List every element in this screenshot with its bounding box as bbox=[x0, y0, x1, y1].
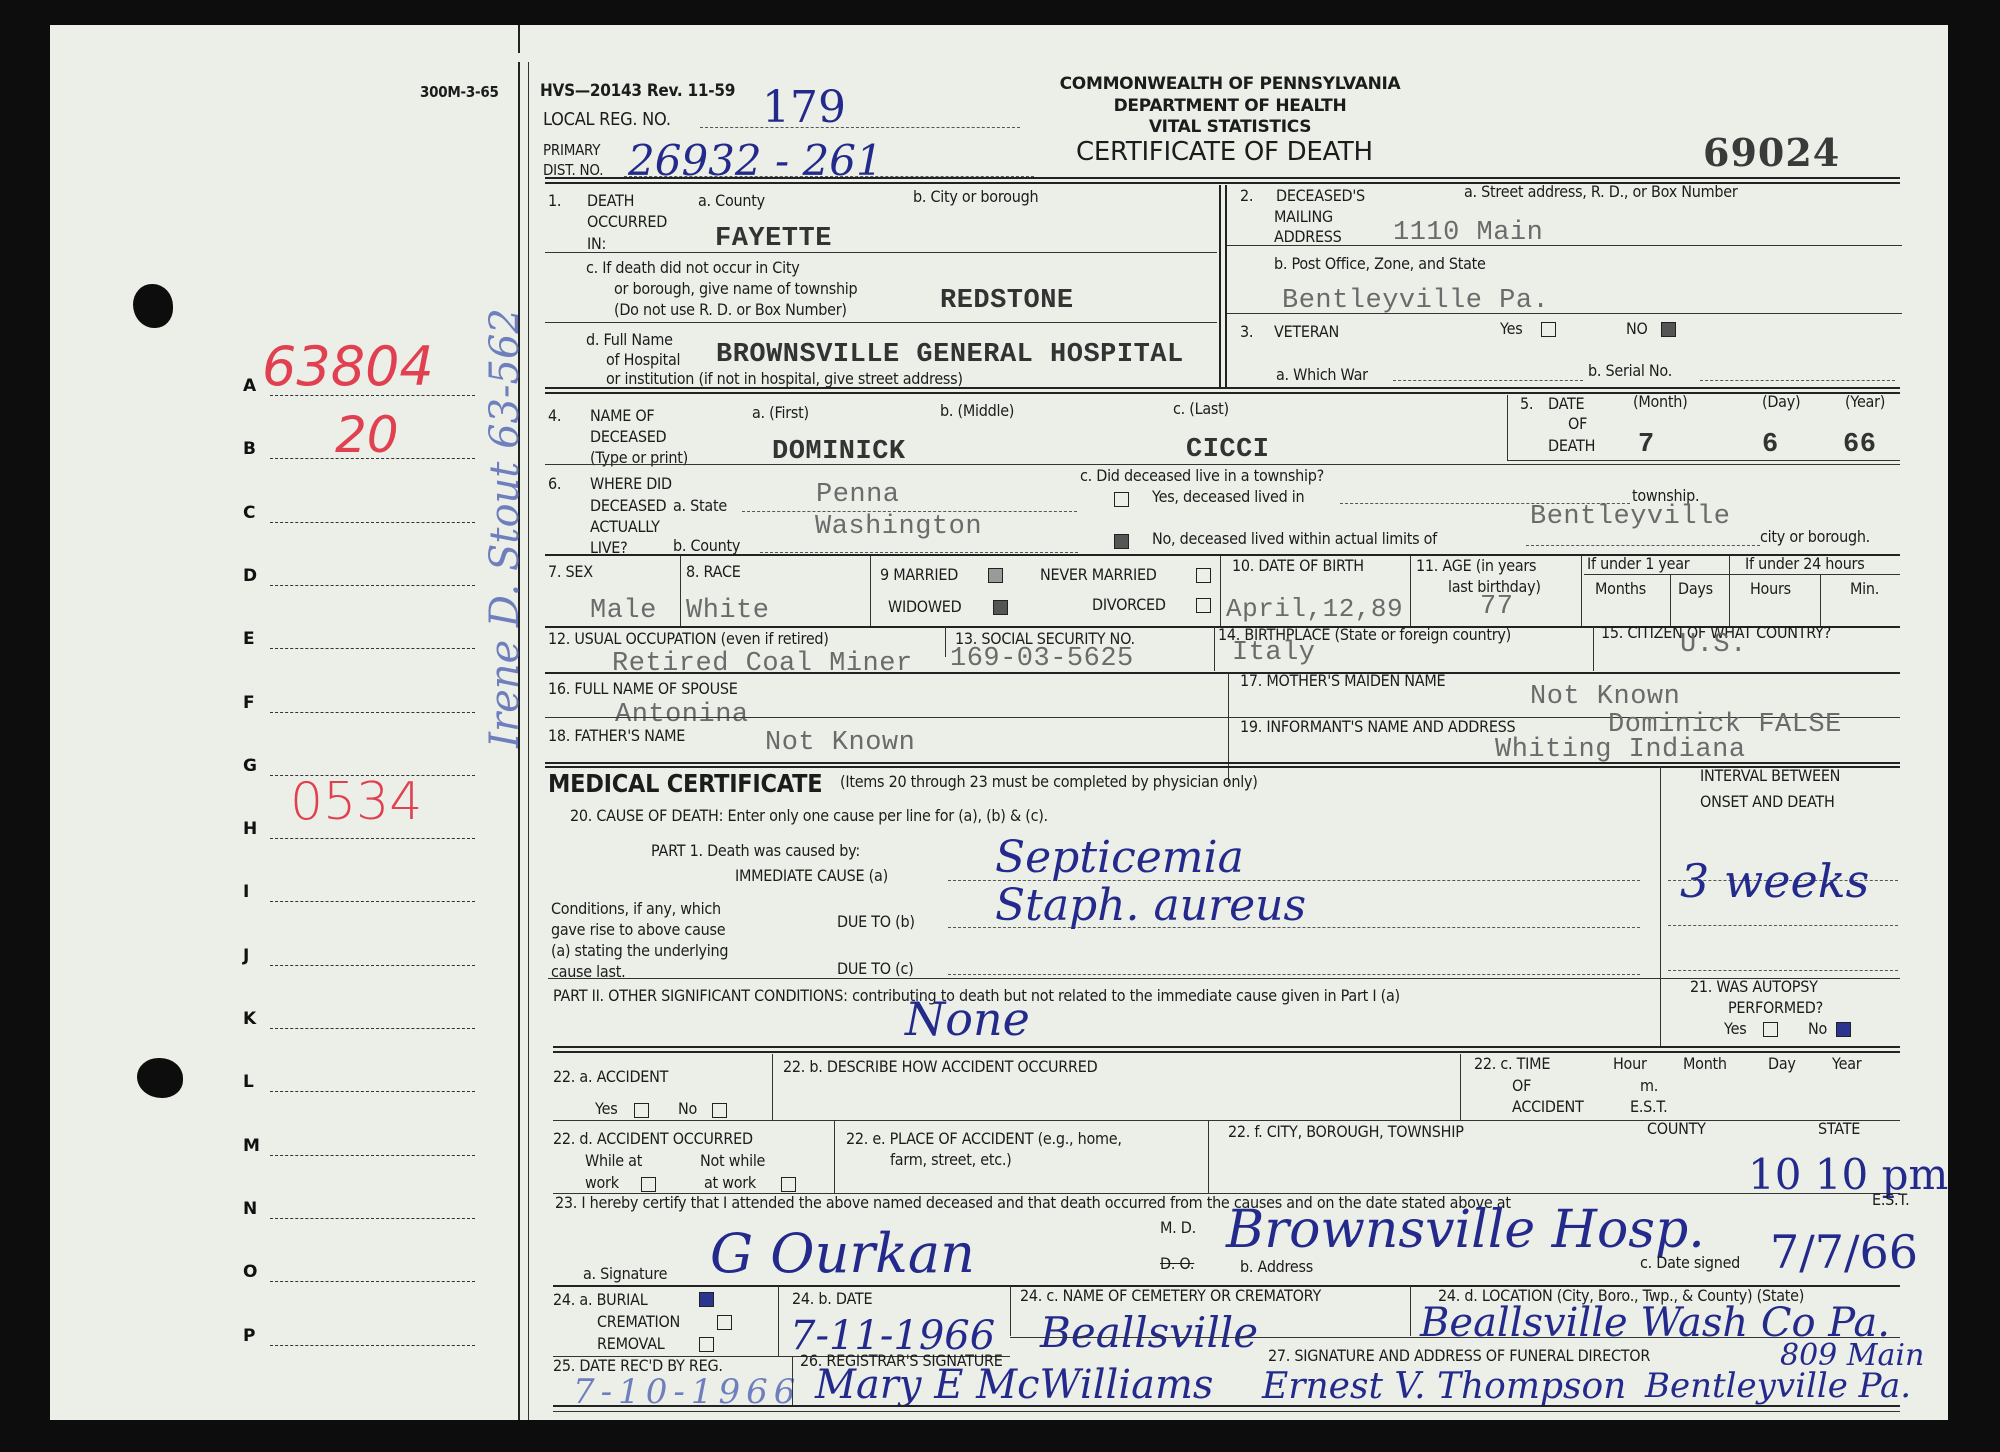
stub-letter-e: E bbox=[243, 629, 255, 649]
column-divider bbox=[1670, 575, 1671, 628]
veteran-no-label: NO bbox=[1626, 320, 1648, 338]
hospital-label: of Hospital bbox=[606, 351, 680, 369]
stub-line-f[interactable] bbox=[270, 712, 475, 713]
section-rule bbox=[553, 1051, 1900, 1053]
township-value: REDSTONE bbox=[940, 286, 1074, 316]
month-label: (Month) bbox=[1633, 393, 1687, 411]
burial-date-label: 24. b. DATE bbox=[792, 1290, 872, 1308]
hospital-value: BROWNSVILLE GENERAL HOSPITAL bbox=[716, 340, 1184, 370]
stub-letter-b: B bbox=[243, 439, 256, 459]
widowed-checkbox[interactable] bbox=[993, 600, 1008, 615]
stub-line-e[interactable] bbox=[270, 648, 475, 649]
part1-label: PART 1. Death was caused by: bbox=[651, 842, 860, 860]
agency-line-1: COMMONWEALTH OF PENNSYLVANIA bbox=[1040, 75, 1420, 95]
while-at-work-label: While at bbox=[585, 1152, 642, 1170]
column-divider bbox=[1581, 556, 1582, 628]
column-divider bbox=[945, 627, 946, 657]
while-at-work-label: work bbox=[585, 1174, 619, 1192]
citizen-value: U.S. bbox=[1680, 630, 1747, 660]
race-value: White bbox=[686, 596, 770, 626]
agency-line-2: DEPARTMENT OF HEALTH bbox=[1040, 97, 1420, 117]
section-rule bbox=[545, 392, 1900, 394]
item-number: 1. bbox=[548, 192, 561, 210]
item1-label: OCCURRED bbox=[587, 213, 667, 231]
stub-letter-d: D bbox=[243, 566, 257, 586]
serial-no-line bbox=[1700, 380, 1895, 381]
cemetery-value: Beallsville bbox=[1040, 1308, 1258, 1357]
informant-label: 19. INFORMANT'S NAME AND ADDRESS bbox=[1240, 718, 1515, 736]
stub-letter-f: F bbox=[243, 693, 255, 713]
row-rule bbox=[545, 672, 1900, 674]
accident-county-label: COUNTY bbox=[1647, 1120, 1706, 1138]
section-rule bbox=[545, 387, 1900, 389]
stub-line-c[interactable] bbox=[270, 522, 475, 523]
city-limits-label: No, deceased lived within actual limits … bbox=[1152, 530, 1437, 548]
conditions-label: Conditions, if any, which bbox=[551, 900, 721, 918]
cause-of-death-label: 20. CAUSE OF DEATH: Enter only one cause… bbox=[570, 807, 1048, 825]
column-divider bbox=[1208, 1121, 1209, 1193]
item4-label: DECEASED bbox=[590, 428, 666, 446]
local-reg-value: 179 bbox=[762, 82, 846, 133]
column-divider bbox=[1410, 1286, 1411, 1336]
column-divider bbox=[680, 556, 681, 628]
accident-day-label: Day bbox=[1768, 1055, 1796, 1073]
accident-hour-label: Hour bbox=[1613, 1055, 1647, 1073]
autopsy-no-checkbox[interactable] bbox=[1836, 1022, 1851, 1037]
never-married-checkbox[interactable] bbox=[1196, 568, 1211, 583]
row-rule bbox=[545, 322, 1217, 323]
row-rule bbox=[545, 766, 1900, 768]
sex-label: 7. SEX bbox=[548, 563, 593, 581]
column-divider bbox=[778, 1286, 779, 1356]
under-year-label: If under 1 year bbox=[1587, 555, 1689, 573]
residence-county-value: Washington bbox=[815, 512, 982, 542]
not-at-work-checkbox[interactable] bbox=[781, 1177, 796, 1192]
city-label: b. City or borough bbox=[913, 188, 1038, 206]
accident-year-label: Year bbox=[1832, 1055, 1861, 1073]
veteran-no-checkbox[interactable] bbox=[1661, 322, 1676, 337]
last-name-value: CICCI bbox=[1186, 435, 1270, 465]
column-divider bbox=[1820, 575, 1821, 628]
due-to-c-line bbox=[948, 974, 1640, 975]
item5-label: DATE bbox=[1548, 395, 1584, 413]
accident-city-label: 22. f. CITY, BOROUGH, TOWNSHIP bbox=[1228, 1123, 1464, 1141]
accident-time-label: ACCIDENT bbox=[1512, 1098, 1584, 1116]
stub-entry-h: 0534 bbox=[290, 772, 422, 832]
column-divider bbox=[1219, 185, 1221, 388]
mother-maiden-name-label: 17. MOTHER'S MAIDEN NAME bbox=[1240, 672, 1445, 690]
item6-label: ACTUALLY bbox=[590, 518, 660, 536]
autopsy-label: 21. WAS AUTOPSY bbox=[1690, 978, 1818, 996]
township-label: (Do not use R. D. or Box Number) bbox=[614, 301, 847, 319]
first-name-label: a. (First) bbox=[752, 404, 809, 422]
funeral-director-signature: Ernest V. Thompson bbox=[1262, 1366, 1626, 1407]
months-label: Months bbox=[1595, 580, 1646, 598]
row-rule bbox=[545, 554, 1900, 556]
header-rule bbox=[545, 177, 1900, 179]
column-divider bbox=[1225, 185, 1227, 388]
stub-entry-a: 63804 bbox=[262, 335, 434, 398]
row-rule bbox=[1010, 1337, 1900, 1338]
veteran-yes-label: Yes bbox=[1500, 320, 1522, 338]
row-rule bbox=[545, 252, 1217, 253]
registrar-signature: Mary E McWilliams bbox=[815, 1362, 1213, 1408]
part2-value: None bbox=[905, 992, 1030, 1046]
county-line bbox=[760, 552, 1078, 553]
accident-place-label: farm, street, etc.) bbox=[890, 1151, 1012, 1169]
stub-entry-b: 20 bbox=[335, 406, 399, 464]
date-signed-value: 7/7/66 bbox=[1770, 1225, 1918, 1279]
autopsy-label: PERFORMED? bbox=[1728, 999, 1823, 1017]
serial-no-label: b. Serial No. bbox=[1588, 362, 1672, 380]
stub-line-i[interactable] bbox=[270, 901, 475, 902]
not-at-work-label: at work bbox=[704, 1174, 756, 1192]
hospital-label: d. Full Name bbox=[586, 331, 673, 349]
row-rule bbox=[1227, 245, 1902, 246]
accident-describe-label: 22. b. DESCRIBE HOW ACCIDENT OCCURRED bbox=[783, 1058, 1097, 1076]
page-title: CERTIFICATE OF DEATH bbox=[1076, 138, 1373, 168]
under-day-label: If under 24 hours bbox=[1745, 555, 1864, 573]
stub-line-p[interactable] bbox=[270, 1345, 475, 1346]
divorced-label: DIVORCED bbox=[1092, 596, 1166, 614]
city-suffix: city or borough. bbox=[1760, 528, 1870, 546]
autopsy-yes-label: Yes bbox=[1724, 1020, 1746, 1038]
removal-checkbox[interactable] bbox=[699, 1337, 714, 1352]
stub-line-l[interactable] bbox=[270, 1091, 475, 1092]
township-question: c. Did deceased live in a township? bbox=[1080, 467, 1324, 485]
married-label: 9 MARRIED bbox=[880, 566, 958, 584]
days-label: Days bbox=[1678, 580, 1713, 598]
accident-no-label: No bbox=[678, 1100, 697, 1118]
column-divider bbox=[792, 1356, 793, 1406]
binding-hole-top bbox=[133, 284, 173, 328]
item-number: 4. bbox=[548, 407, 561, 425]
column-divider bbox=[834, 1121, 835, 1193]
township-no-checkbox[interactable] bbox=[1114, 534, 1129, 549]
certificate-serial-number: 69024 bbox=[1703, 130, 1840, 175]
binding-hole-bottom bbox=[137, 1058, 183, 1098]
signature-label: a. Signature bbox=[583, 1265, 667, 1283]
stub-form-code: 300M-3-65 bbox=[420, 84, 499, 101]
mother-maiden-name-value: Not Known bbox=[1530, 682, 1680, 712]
accident-place-label: 22. e. PLACE OF ACCIDENT (e.g., home, bbox=[846, 1130, 1122, 1148]
local-reg-line bbox=[700, 127, 1020, 128]
death-month-value: 7 bbox=[1638, 430, 1655, 460]
certification-est-label: E.S.T. bbox=[1872, 1191, 1909, 1209]
removal-label: REMOVAL bbox=[597, 1335, 665, 1353]
which-war-line bbox=[1393, 380, 1583, 381]
residence-county-label: b. County bbox=[673, 537, 740, 555]
last-name-label: c. (Last) bbox=[1173, 400, 1229, 418]
death-year-value: 66 bbox=[1843, 430, 1876, 460]
accident-state-label: STATE bbox=[1818, 1120, 1860, 1138]
interval-line bbox=[1668, 970, 1898, 971]
autopsy-yes-checkbox[interactable] bbox=[1763, 1022, 1778, 1037]
funeral-director-city: Bentleyville Pa. bbox=[1645, 1366, 1911, 1406]
due-to-b-label: DUE TO (b) bbox=[837, 913, 915, 931]
township-label: or borough, give name of township bbox=[614, 280, 857, 298]
stub-line-o[interactable] bbox=[270, 1281, 475, 1282]
interval-a-value: 3 weeks bbox=[1680, 854, 1869, 908]
primary-label-1: PRIMARY bbox=[543, 142, 600, 159]
accident-time-label: OF bbox=[1512, 1077, 1531, 1095]
accident-est-label: E.S.T. bbox=[1630, 1098, 1667, 1116]
column-divider bbox=[1460, 1054, 1461, 1120]
age-label: 11. AGE (in years bbox=[1416, 557, 1536, 575]
date-of-birth-label: 10. DATE OF BIRTH bbox=[1232, 557, 1364, 575]
interval-line bbox=[1668, 925, 1898, 926]
due-to-b-value: Staph. aureus bbox=[995, 880, 1306, 931]
form-id: HVS—20143 Rev. 11-59 bbox=[540, 82, 735, 102]
column-divider bbox=[1220, 556, 1221, 628]
stub-letter-k: K bbox=[243, 1009, 256, 1029]
date-of-birth-value: April,12,89 bbox=[1226, 594, 1403, 624]
item5-label: OF bbox=[1568, 415, 1587, 433]
row-rule bbox=[1507, 460, 1900, 461]
stub-vertical-note: Irene D. Stout 63-562 bbox=[482, 218, 528, 838]
local-reg-label: LOCAL REG. NO. bbox=[543, 110, 671, 131]
column-divider bbox=[1660, 766, 1661, 1046]
death-day-value: 6 bbox=[1762, 430, 1779, 460]
married-checkbox[interactable] bbox=[988, 568, 1003, 583]
county-value: FAYETTE bbox=[715, 224, 832, 254]
column-divider bbox=[1593, 627, 1594, 671]
stub-letter-l: L bbox=[243, 1072, 254, 1092]
stub-letter-c: C bbox=[243, 503, 255, 523]
county-label: a. County bbox=[698, 192, 765, 210]
column-divider bbox=[1507, 395, 1508, 460]
widowed-label: WIDOWED bbox=[888, 598, 961, 616]
never-married-label: NEVER MARRIED bbox=[1040, 566, 1157, 584]
cemetery-label: 24. c. NAME OF CEMETERY OR CREMATORY bbox=[1020, 1287, 1321, 1305]
accident-occurred-label: 22. d. ACCIDENT OCCURRED bbox=[553, 1130, 753, 1148]
medical-certificate-title: MEDICAL CERTIFICATE bbox=[548, 770, 822, 799]
bottom-rule bbox=[553, 1405, 1900, 1407]
burial-checkbox[interactable] bbox=[699, 1292, 714, 1307]
occupation-label: 12. USUAL OCCUPATION (even if retired) bbox=[548, 630, 829, 648]
middle-name-label: b. (Middle) bbox=[940, 402, 1014, 420]
post-office-value: Bentleyville Pa. bbox=[1282, 286, 1549, 316]
city-limits-value: Bentleyville bbox=[1530, 502, 1730, 532]
conditions-label: gave rise to above cause bbox=[551, 921, 725, 939]
item4-label: NAME OF bbox=[590, 407, 654, 425]
birthplace-value: Italy bbox=[1232, 638, 1316, 668]
item2-label: MAILING bbox=[1274, 208, 1333, 226]
father-name-label: 18. FATHER'S NAME bbox=[548, 727, 685, 745]
day-label: (Day) bbox=[1762, 393, 1800, 411]
accident-yes-label: Yes bbox=[595, 1100, 617, 1118]
while-at-work-checkbox[interactable] bbox=[641, 1177, 656, 1192]
post-office-label: b. Post Office, Zone, and State bbox=[1274, 255, 1486, 273]
stub-line-d[interactable] bbox=[270, 585, 475, 586]
medical-certificate-subtitle: (Items 20 through 23 must be completed b… bbox=[840, 773, 1258, 791]
father-name-value: Not Known bbox=[765, 728, 915, 758]
column-divider bbox=[870, 556, 871, 628]
item-number: 5. bbox=[1520, 395, 1533, 413]
stub-line-k[interactable] bbox=[270, 1028, 475, 1029]
item6-label: DECEASED bbox=[590, 497, 666, 515]
conditions-label: (a) stating the underlying bbox=[551, 942, 728, 960]
accident-yes-checkbox[interactable] bbox=[634, 1103, 649, 1118]
stub-letter-p: P bbox=[243, 1326, 255, 1346]
year-label: (Year) bbox=[1845, 393, 1885, 411]
spouse-label: 16. FULL NAME OF SPOUSE bbox=[548, 680, 738, 698]
item2-label: DECEASED'S bbox=[1276, 187, 1365, 205]
hospital-label: or institution (if not in hospital, give… bbox=[606, 370, 963, 388]
bottom-rule bbox=[553, 1411, 1900, 1412]
burial-label: 24. a. BURIAL bbox=[553, 1291, 648, 1309]
column-divider bbox=[772, 1054, 773, 1120]
item2-label: ADDRESS bbox=[1274, 228, 1342, 246]
township-yes-label: Yes, deceased lived in bbox=[1152, 488, 1304, 506]
stub-line-n[interactable] bbox=[270, 1218, 475, 1219]
street-value: 1110 Main bbox=[1393, 218, 1543, 248]
sub-rule bbox=[1584, 574, 1900, 575]
md-label: M. D. bbox=[1160, 1219, 1196, 1237]
item1-label: IN: bbox=[587, 235, 606, 253]
stub-letter-g: G bbox=[243, 756, 257, 776]
item1-label: DEATH bbox=[587, 192, 634, 210]
accident-time-label: 22. c. TIME bbox=[1474, 1055, 1550, 1073]
stub-letter-i: I bbox=[243, 882, 249, 902]
residence-state-label: a. State bbox=[673, 497, 727, 515]
agency-line-3: VITAL STATISTICS bbox=[1040, 118, 1420, 138]
section-rule bbox=[553, 1046, 1900, 1048]
stub-letter-n: N bbox=[243, 1199, 257, 1219]
row-rule bbox=[545, 464, 1900, 465]
item-number: 3. bbox=[1240, 323, 1253, 341]
ssn-value: 169-03-5625 bbox=[950, 644, 1134, 674]
item-number: 2. bbox=[1240, 187, 1253, 205]
certification-time-value: 10 10 pm bbox=[1748, 1150, 1948, 1199]
township-yes-checkbox[interactable] bbox=[1114, 492, 1129, 507]
cremation-label: CREMATION bbox=[597, 1313, 680, 1331]
stub-line-j[interactable] bbox=[270, 965, 475, 966]
do-label: D. O. bbox=[1160, 1255, 1194, 1273]
interval-label: ONSET AND DEATH bbox=[1700, 793, 1835, 811]
street-label: a. Street address, R. D., or Box Number bbox=[1464, 183, 1737, 201]
immediate-cause-value: Septicemia bbox=[995, 832, 1244, 883]
stub-letter-h: H bbox=[243, 819, 257, 839]
stub-line-h[interactable] bbox=[270, 838, 475, 839]
accident-m-label: m. bbox=[1640, 1077, 1658, 1095]
informant-address-value: Whiting Indiana bbox=[1495, 735, 1746, 765]
column-divider bbox=[1010, 1286, 1011, 1336]
accident-no-checkbox[interactable] bbox=[712, 1103, 727, 1118]
occupation-value: Retired Coal Miner bbox=[612, 649, 913, 679]
autopsy-no-label: No bbox=[1808, 1020, 1827, 1038]
first-name-value: DOMINICK bbox=[772, 437, 906, 467]
city-limits-line bbox=[1526, 545, 1760, 546]
date-signed-label: c. Date signed bbox=[1640, 1254, 1740, 1272]
physician-signature: G Ourkan bbox=[710, 1222, 975, 1285]
stub-letter-o: O bbox=[243, 1262, 257, 1282]
column-divider bbox=[1214, 627, 1215, 671]
sex-value: Male bbox=[590, 596, 657, 626]
hours-label: Hours bbox=[1750, 580, 1791, 598]
township-label: c. If death did not occur in City bbox=[586, 259, 799, 277]
stub-letter-m: M bbox=[243, 1136, 260, 1156]
cremation-checkbox[interactable] bbox=[717, 1315, 732, 1330]
item5-label: DEATH bbox=[1548, 437, 1595, 455]
item-number: 6. bbox=[548, 475, 561, 493]
which-war-label: a. Which War bbox=[1276, 366, 1368, 384]
physician-address-value: Brownsville Hosp. bbox=[1226, 1200, 1705, 1260]
stub-line-m[interactable] bbox=[270, 1155, 475, 1156]
stub-divider bbox=[518, 25, 520, 53]
accident-month-label: Month bbox=[1683, 1055, 1727, 1073]
row-rule bbox=[1227, 313, 1902, 314]
item6-label: WHERE DID bbox=[590, 475, 672, 493]
column-divider bbox=[1729, 556, 1730, 628]
veteran-yes-checkbox[interactable] bbox=[1541, 322, 1556, 337]
not-at-work-label: Not while bbox=[700, 1152, 765, 1170]
divorced-checkbox[interactable] bbox=[1196, 598, 1211, 613]
funeral-director-label: 27. SIGNATURE AND ADDRESS OF FUNERAL DIR… bbox=[1268, 1347, 1650, 1365]
stub-letter-j: J bbox=[243, 946, 249, 966]
stub-letter-a: A bbox=[243, 376, 256, 396]
perforation-line bbox=[528, 62, 529, 1420]
age-value: 77 bbox=[1480, 592, 1513, 622]
residence-state-value: Penna bbox=[816, 480, 900, 510]
due-to-c-label: DUE TO (c) bbox=[837, 960, 913, 978]
min-label: Min. bbox=[1850, 580, 1879, 598]
immediate-cause-label: IMMEDIATE CAUSE (a) bbox=[735, 867, 888, 885]
veteran-label: VETERAN bbox=[1274, 323, 1339, 341]
interval-label: INTERVAL BETWEEN bbox=[1700, 767, 1840, 785]
row-rule bbox=[545, 762, 1900, 764]
accident-label: 22. a. ACCIDENT bbox=[553, 1068, 668, 1086]
physician-address-label: b. Address bbox=[1240, 1258, 1313, 1276]
race-label: 8. RACE bbox=[686, 563, 741, 581]
column-divider bbox=[1410, 556, 1411, 628]
